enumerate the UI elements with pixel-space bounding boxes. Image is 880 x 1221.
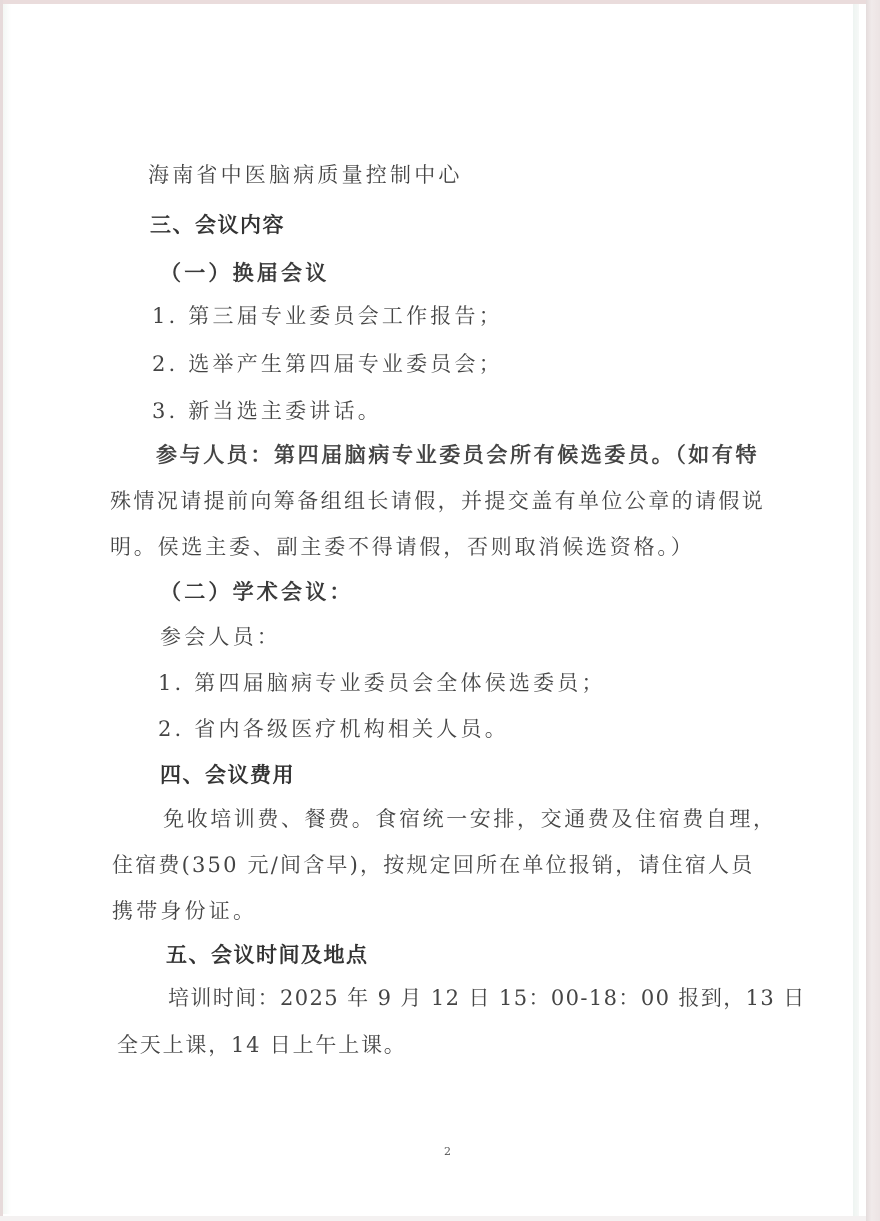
document-page: 海南省中医脑病质量控制中心 三、会议内容 （一）换届会议 1. 第三届专业委员会… [0,0,880,1221]
section-heading-time-location: 五、会议时间及地点 [166,941,369,969]
academic-attendee-item-2: 2. 省内各级医疗机构相关人员。 [158,715,509,743]
agenda-item-2: 2. 选举产生第四届专业委员会； [152,350,503,378]
academic-attendees-label: 参会人员： [160,623,281,651]
fees-line-1: 免收培训费、餐费。食宿统一安排，交通费及住宿费自理， [163,805,777,833]
academic-attendee-item-1: 1. 第四届脑病专业委员会全体侯选委员； [158,669,606,697]
subsection-heading-academic-meeting: （二）学术会议： [160,578,354,606]
section-heading-meeting-fees: 四、会议费用 [160,761,295,789]
page-number: 2 [444,1145,451,1158]
training-time-line-2: 全天上课，14 日上午上课。 [117,1031,407,1059]
training-time-line-1: 培训时间：2025 年 9 月 12 日 15：00-18：00 报到，13 日 [168,984,806,1012]
organization-name: 海南省中医脑病质量控制中心 [148,161,463,189]
section-heading-meeting-content: 三、会议内容 [150,211,285,239]
election-participants-line-3: 明。侯选主委、副主委不得请假，否则取消候选资格。） [110,533,695,561]
election-participants-line-2: 殊情况请提前向筹备组组长请假，并提交盖有单位公章的请假说 [110,487,765,515]
subsection-heading-election-meeting: （一）换届会议 [160,259,329,287]
election-participants-line-1: 参与人员：第四届脑病专业委员会所有候选委员。（如有特 [156,441,759,469]
agenda-item-1: 1. 第三届专业委员会工作报告； [152,302,503,330]
agenda-item-3: 3. 新当选主委讲话。 [152,397,382,425]
fees-line-2: 住宿费(350 元/间含早)，按规定回所在单位报销，请住宿人员 [112,851,754,879]
fees-line-3: 携带身份证。 [112,897,257,925]
